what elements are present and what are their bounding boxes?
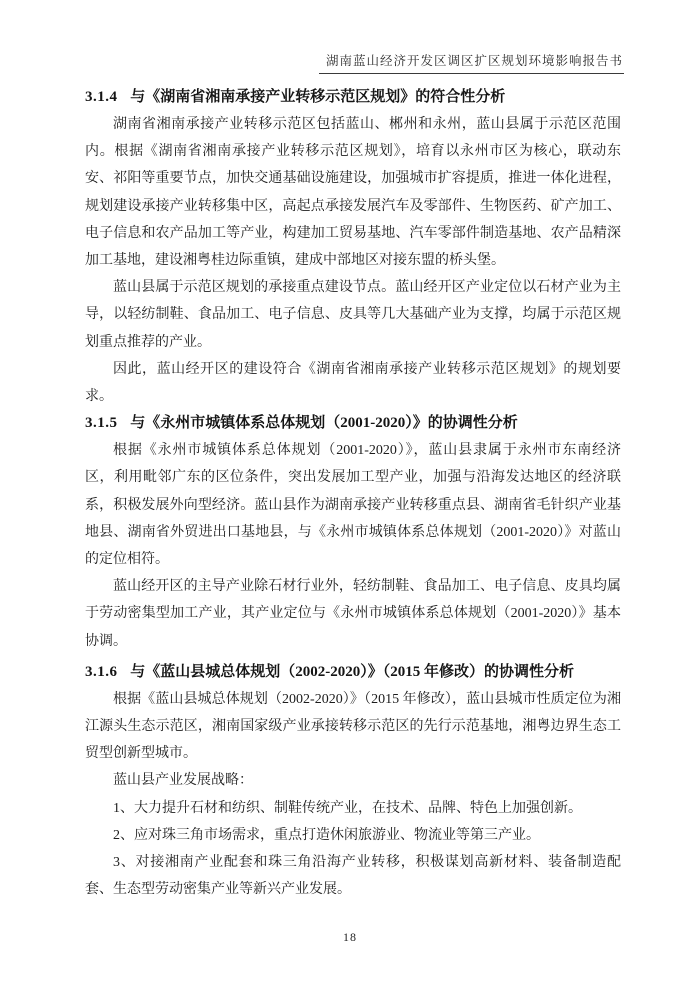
section-number: 3.1.4 xyxy=(85,89,118,105)
paragraph: 蓝山县产业发展战略： xyxy=(85,767,621,794)
section-number: 3.1.5 xyxy=(85,415,118,431)
section-number: 3.1.6 xyxy=(85,664,118,680)
paragraph: 湖南省湘南承接产业转移示范区包括蓝山、郴州和永州，蓝山县属于示范区范围内。根据《… xyxy=(85,111,621,274)
list-item-1: 1、大力提升石材和纺织、制鞋传统产业，在技术、品牌、特色上加强创新。 xyxy=(85,795,621,822)
section-title: 与《蓝山县城总体规划（2002-2020）》（2015 年修改）的协调性分析 xyxy=(130,664,574,680)
section-heading-3-1-6: 3.1.6与《蓝山县城总体规划（2002-2020）》（2015 年修改）的协调… xyxy=(85,659,621,686)
page-number: 18 xyxy=(343,930,357,944)
section-title: 与《永州市城镇体系总体规划（2001-2020）》的协调性分析 xyxy=(130,415,518,431)
document-page: 湖南蓝山经济开发区调区扩区规划环境影响报告书 3.1.4与《湖南省湘南承接产业转… xyxy=(0,0,700,990)
list-item-2: 2、应对珠三角市场需求，重点打造休闲旅游业、物流业等第三产业。 xyxy=(85,822,621,849)
paragraph: 因此，蓝山经开区的建设符合《湖南省湘南承接产业转移示范区规划》的规划要求。 xyxy=(85,356,621,410)
section-title: 与《湖南省湘南承接产业转移示范区规划》的符合性分析 xyxy=(130,89,505,105)
paragraph: 蓝山县属于示范区规划的承接重点建设节点。蓝山经开区产业定位以石材产业为主导，以轻… xyxy=(85,274,621,356)
paragraph: 根据《蓝山县城总体规划（2002-2020）》（2015 年修改），蓝山县城市性… xyxy=(85,686,621,768)
page-header: 湖南蓝山经济开发区调区扩区规划环境影响报告书 xyxy=(0,51,624,74)
running-header-title: 湖南蓝山经济开发区调区扩区规划环境影响报告书 xyxy=(319,51,624,74)
section-heading-3-1-5: 3.1.5与《永州市城镇体系总体规划（2001-2020）》的协调性分析 xyxy=(85,410,621,437)
list-item-3: 3、对接湘南产业配套和珠三角沿海产业转移，积极谋划高新材料、装备制造配套、生态型… xyxy=(85,849,621,903)
paragraph: 蓝山经开区的主导产业除石材行业外，轻纺制鞋、食品加工、电子信息、皮具均属于劳动密… xyxy=(85,573,621,655)
page-footer: 18 xyxy=(0,928,700,946)
document-content: 3.1.4与《湖南省湘南承接产业转移示范区规划》的符合性分析 湖南省湘南承接产业… xyxy=(85,84,621,903)
paragraph: 根据《永州市城镇体系总体规划（2001-2020）》，蓝山县隶属于永州市东南经济… xyxy=(85,437,621,573)
section-heading-3-1-4: 3.1.4与《湖南省湘南承接产业转移示范区规划》的符合性分析 xyxy=(85,84,621,111)
